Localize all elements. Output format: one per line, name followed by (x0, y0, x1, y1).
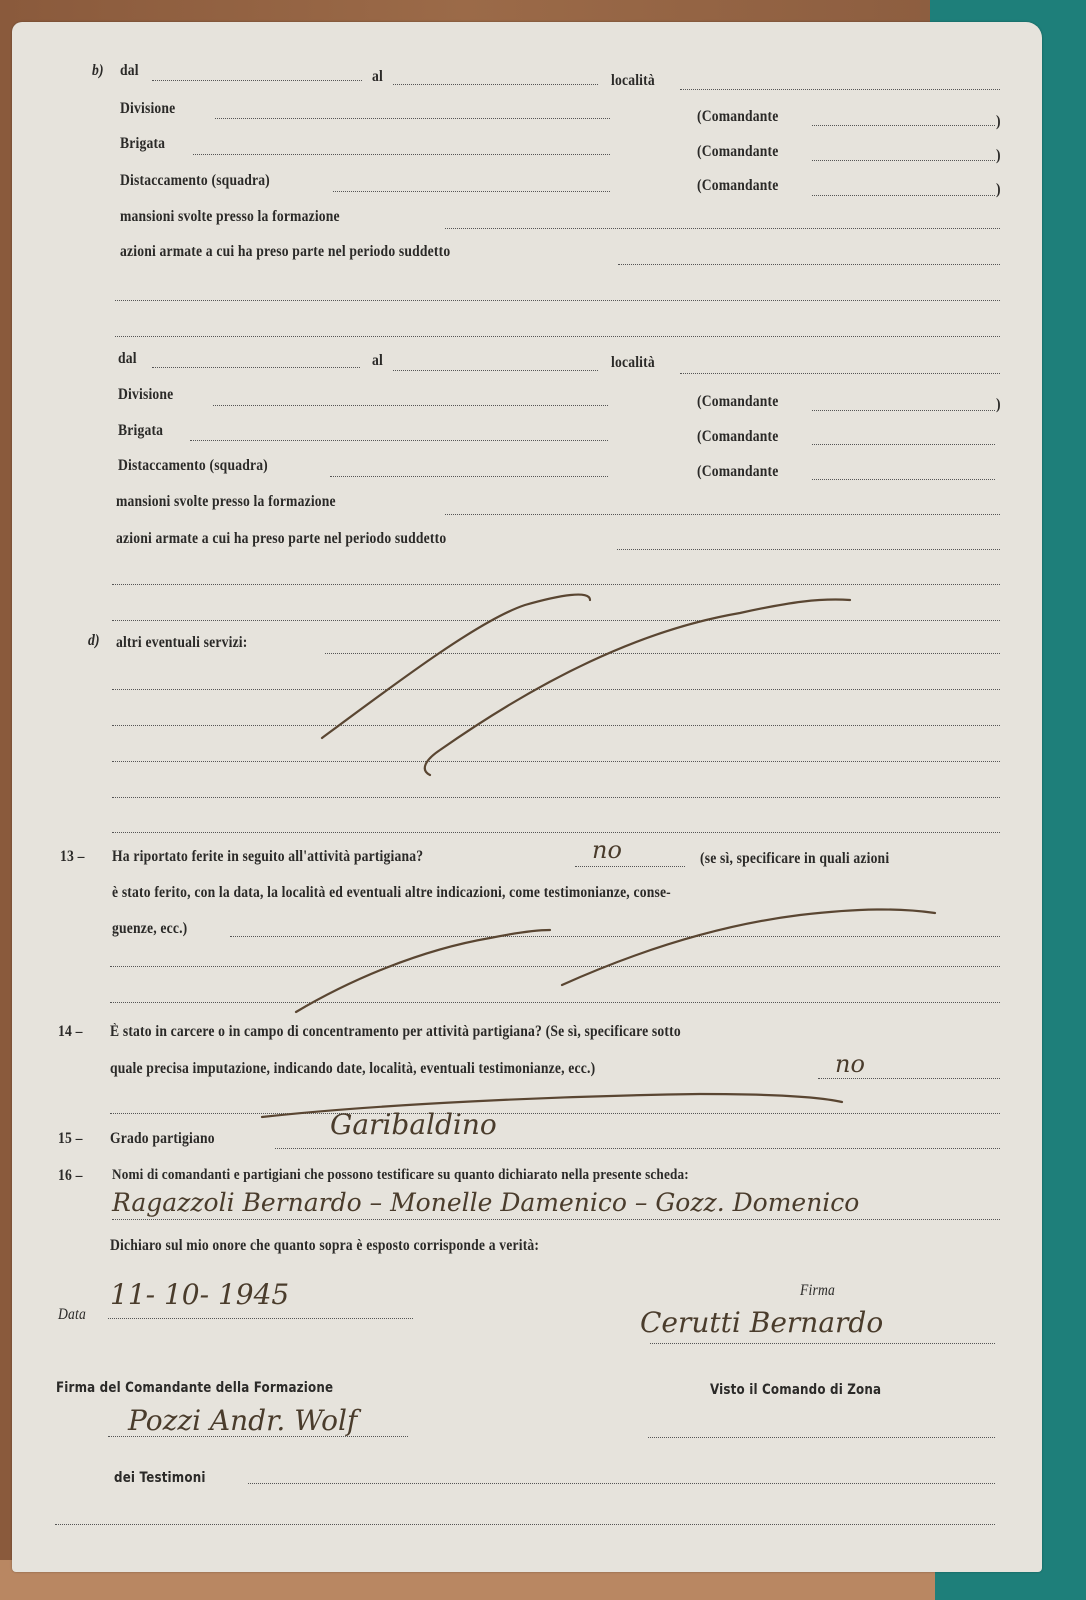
strike-through-marks (0, 0, 1086, 1600)
